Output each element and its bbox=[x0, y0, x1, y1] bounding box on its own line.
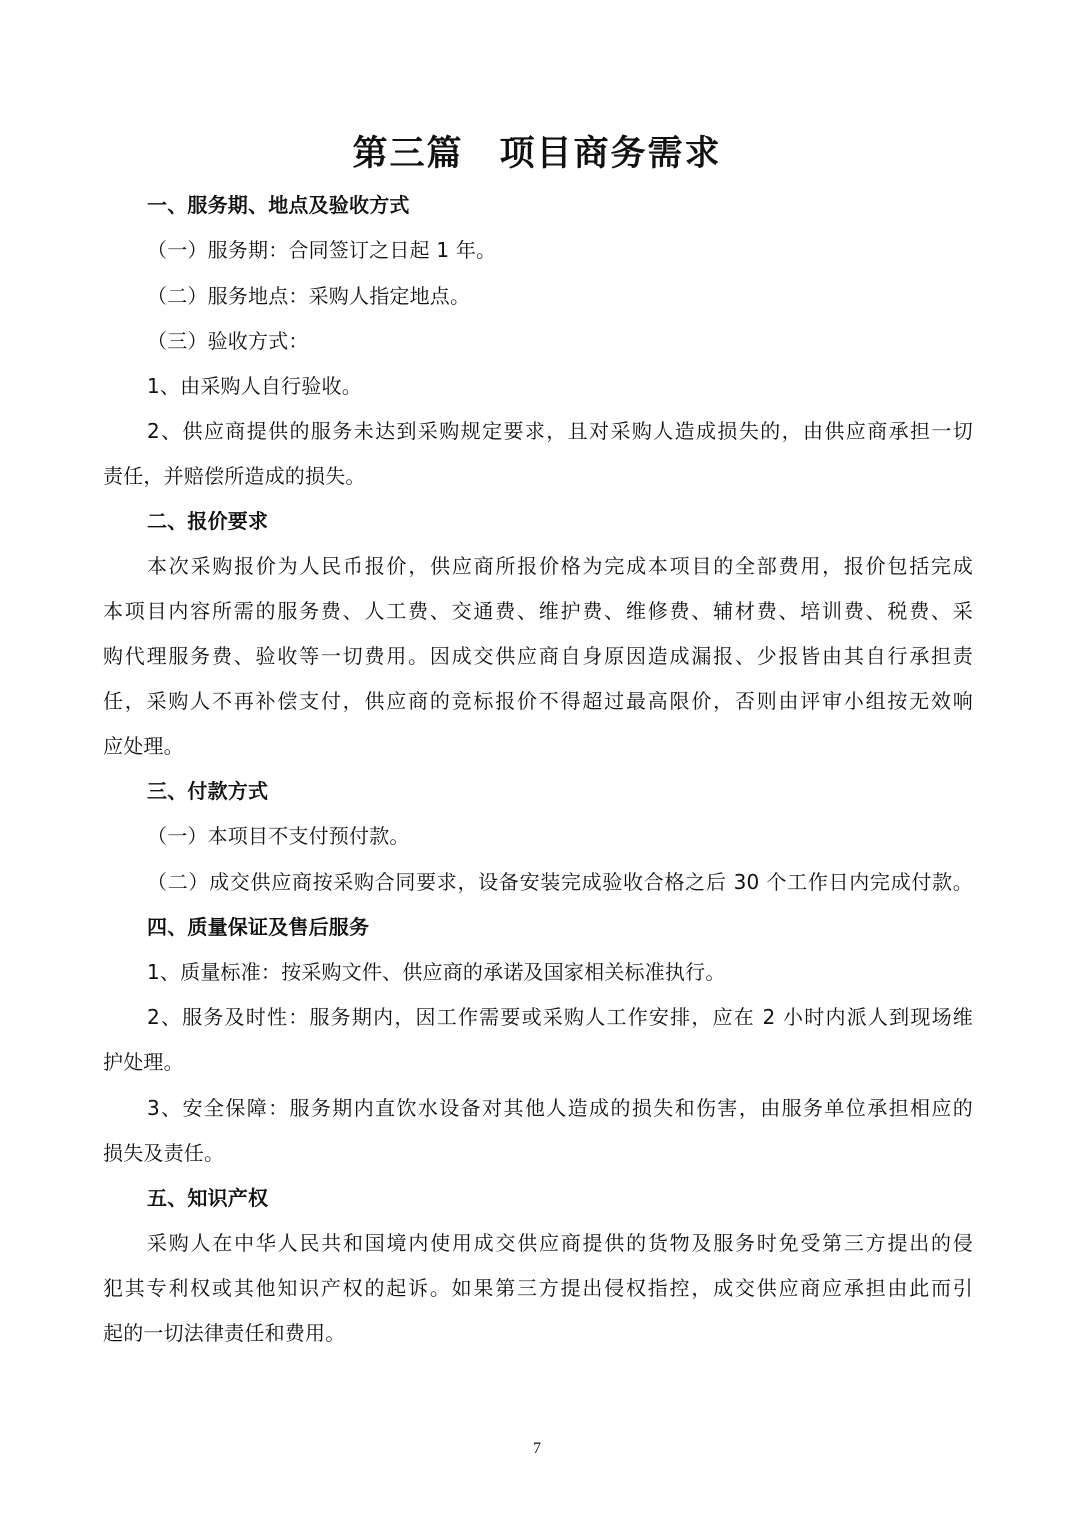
paragraph-line: （三）验收方式： bbox=[147, 326, 973, 356]
paragraph-line: 本项目内容所需的服务费、人工费、交通费、维护费、维修费、辅材费、培训费、税费、采 bbox=[103, 596, 973, 626]
paragraph-line: 护处理。 bbox=[103, 1047, 973, 1077]
page-number: 7 bbox=[0, 1440, 1074, 1458]
title-part-name: 项目商务需求 bbox=[500, 134, 722, 174]
paragraph-line: 本次采购报价为人民币报价，供应商所报价格为完成本项目的全部费用，报价包括完成 bbox=[147, 551, 973, 581]
paragraph-line: （二）服务地点：采购人指定地点。 bbox=[147, 281, 973, 311]
section-heading: 一、服务期、地点及验收方式 bbox=[147, 190, 973, 220]
section-heading: 五、知识产权 bbox=[147, 1183, 973, 1213]
paragraph-line: 1、由采购人自行验收。 bbox=[147, 371, 973, 401]
paragraph-line: 应处理。 bbox=[103, 731, 973, 761]
paragraph-line: 1、质量标准：按采购文件、供应商的承诺及国家相关标准执行。 bbox=[147, 957, 973, 987]
section-heading: 三、付款方式 bbox=[147, 776, 973, 806]
paragraph-line: 犯其专利权或其他知识产权的起诉。如果第三方提出侵权指控，成交供应商应承担由此而引 bbox=[103, 1273, 973, 1303]
paragraph-line: 2、服务及时性：服务期内，因工作需要或采购人工作安排，应在 2 小时内派人到现场… bbox=[147, 1002, 973, 1032]
paragraph-line: 损失及责任。 bbox=[103, 1138, 973, 1168]
paragraph-line: 起的一切法律责任和费用。 bbox=[103, 1318, 973, 1348]
paragraph-line: 责任，并赔偿所造成的损失。 bbox=[103, 461, 973, 491]
section-heading: 二、报价要求 bbox=[147, 506, 973, 536]
paragraph-line: 3、安全保障：服务期内直饮水设备对其他人造成的损失和伤害，由服务单位承担相应的 bbox=[147, 1093, 973, 1123]
paragraph-line: 2、供应商提供的服务未达到采购规定要求，且对采购人造成损失的，由供应商承担一切 bbox=[147, 416, 973, 446]
paragraph-line: （二）成交供应商按采购合同要求，设备安装完成验收合格之后 30 个工作日内完成付… bbox=[147, 867, 973, 897]
paragraph-line: 购代理服务费、验收等一切费用。因成交供应商自身原因造成漏报、少报皆由其自行承担责 bbox=[103, 641, 973, 671]
paragraph-line: （一）服务期：合同签订之日起 1 年。 bbox=[147, 235, 973, 265]
paragraph-line: （一）本项目不支付预付款。 bbox=[147, 821, 973, 851]
title-part-chapter: 第三篇 bbox=[352, 134, 463, 174]
paragraph-line: 任，采购人不再补偿支付，供应商的竞标报价不得超过最高限价，否则由评审小组按无效响 bbox=[103, 686, 973, 716]
section-heading: 四、质量保证及售后服务 bbox=[147, 912, 973, 942]
page-title: 第三篇项目商务需求 bbox=[0, 128, 1074, 180]
paragraph-line: 采购人在中华人民共和国境内使用成交供应商提供的货物及服务时免受第三方提出的侵 bbox=[147, 1228, 973, 1258]
